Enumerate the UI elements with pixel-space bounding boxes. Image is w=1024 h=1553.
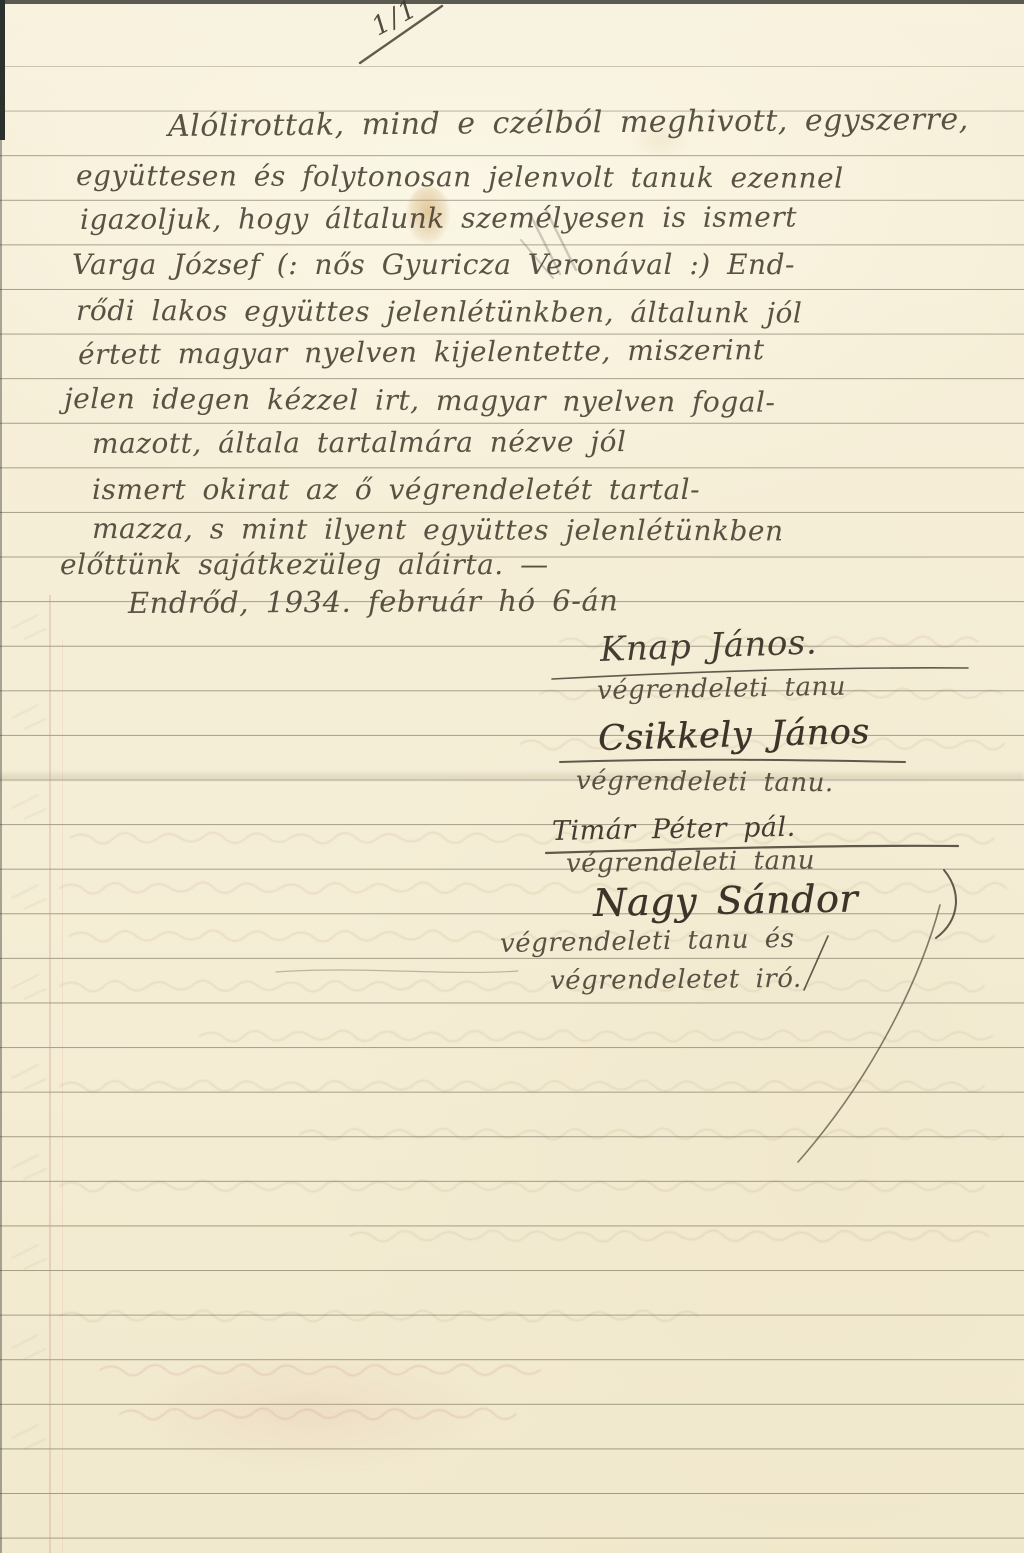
handwriting-line: mazott, általa tartalmára nézve jól xyxy=(92,428,627,458)
signature-role: végrendeleti tanu xyxy=(566,848,815,877)
ruled-lines xyxy=(0,66,1024,1553)
handwriting-line: Varga József (: nős Gyuricza Veronával :… xyxy=(72,251,795,279)
fold-crease xyxy=(0,770,1024,786)
signature-name: Csikkely János xyxy=(598,715,870,757)
scan-edge-left xyxy=(0,0,2,1553)
handwriting-line: jelen idegen kézzel irt, magyar nyelven … xyxy=(64,385,776,417)
margin-line-bleed xyxy=(49,595,51,1553)
handwriting-line: értett magyar nyelven kijelentette, misz… xyxy=(78,336,765,369)
signature-role: végrendeleti tanu xyxy=(597,674,846,704)
signature-name: Timár Péter pál. xyxy=(552,814,796,845)
page-number-mark: 1/1 xyxy=(368,0,422,40)
handwriting-line: rődi lakos együttes jelenlétünkben, álta… xyxy=(76,297,802,328)
signature-role: végrendeletet iró. xyxy=(550,966,802,994)
signature-name: Nagy Sándor xyxy=(593,879,858,922)
signature-name: Knap János. xyxy=(599,625,817,667)
handwriting-line: igazoljuk, hogy általunk személyesen is … xyxy=(80,203,797,234)
scan-edge-left-corner xyxy=(0,0,5,140)
signature-role: végrendeleti tanu. xyxy=(576,768,834,796)
scanned-document-page: 1/1 Alólirottak, mind e czélból meghivot… xyxy=(0,0,1024,1553)
handwriting-line: együttesen és folytonosan jelenvolt tanu… xyxy=(76,162,844,193)
date-line: Endrőd, 1934. február hó 6-án xyxy=(128,586,619,618)
scan-edge-top xyxy=(0,0,1024,4)
margin-line-bleed-2 xyxy=(62,640,63,1553)
handwriting-line: mazza, s mint ilyent együttes jelenlétün… xyxy=(92,515,784,545)
signature-role: végrendeleti tanu és xyxy=(500,926,795,957)
handwriting-line: ismert okirat az ő végrendeletét tartal- xyxy=(92,476,700,504)
handwriting-line: előttünk sajátkezüleg aláirta. — xyxy=(60,551,549,579)
handwriting-line: Alólirottak, mind e czélból meghivott, e… xyxy=(168,105,969,142)
